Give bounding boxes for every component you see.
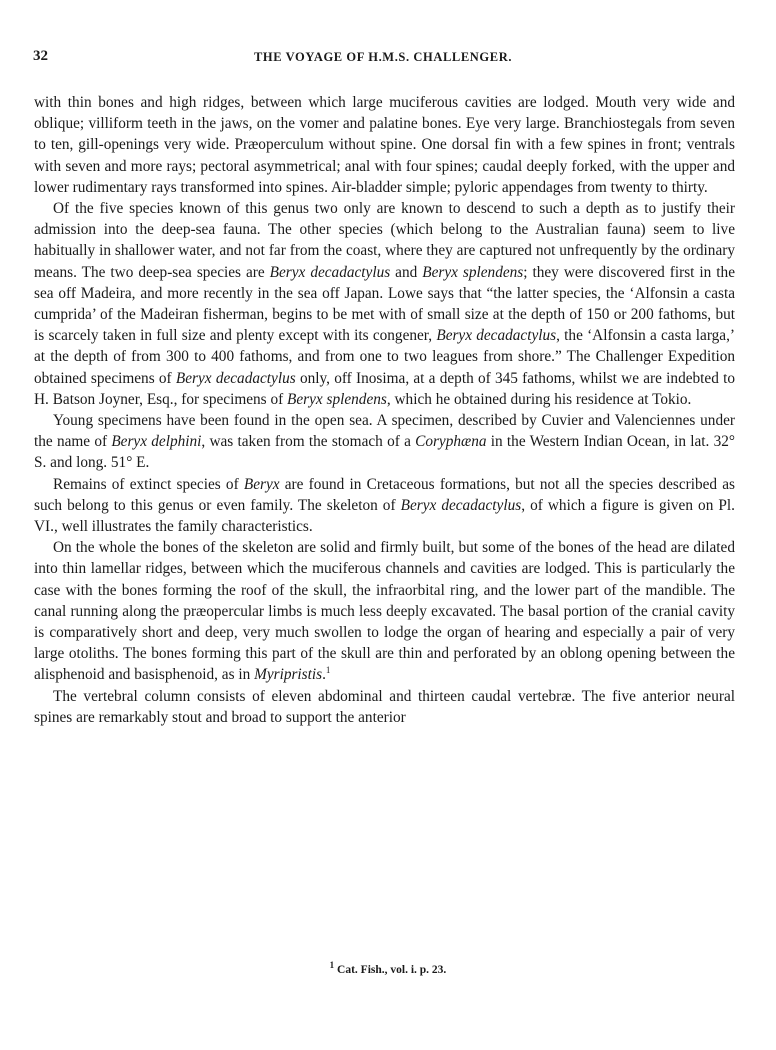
footnote-ref: 1 xyxy=(326,665,331,675)
italic-term: Beryx xyxy=(244,476,280,493)
paragraph: The vertebral column consists of eleven … xyxy=(34,686,735,728)
running-title: THE VOYAGE OF H.M.S. CHALLENGER. xyxy=(33,50,733,65)
paragraph: Of the five species known of this genus … xyxy=(34,198,735,410)
italic-term: Myripristis xyxy=(254,666,322,683)
text-run: Remains of extinct species of xyxy=(53,476,244,493)
text-run: , was taken from the stomach of a xyxy=(201,433,415,450)
italic-term: Beryx splendens xyxy=(287,391,387,408)
text-run: The vertebral column consists of eleven … xyxy=(34,688,735,726)
italic-term: Beryx decadactylus xyxy=(176,370,296,387)
italic-term: Beryx decadactylus xyxy=(436,327,556,344)
page-header: 32 THE VOYAGE OF H.M.S. CHALLENGER. xyxy=(33,48,733,70)
italic-term: Coryphæna xyxy=(415,433,486,450)
paragraph: Remains of extinct species of Beryx are … xyxy=(34,474,735,538)
text-run: with thin bones and high ridges, between… xyxy=(34,94,735,196)
paragraph: Young specimens have been found in the o… xyxy=(34,410,735,474)
footnote: 1 Cat. Fish., vol. i. p. 23. xyxy=(0,964,776,976)
text-run: On the whole the bones of the skeleton a… xyxy=(34,539,735,683)
paragraph: On the whole the bones of the skeleton a… xyxy=(34,537,735,685)
italic-term: Beryx splendens xyxy=(422,264,523,281)
italic-term: Beryx delphini xyxy=(111,433,201,450)
paragraph: with thin bones and high ridges, between… xyxy=(34,92,735,198)
footnote-marker: 1 xyxy=(330,960,335,970)
text-run: and xyxy=(390,264,422,281)
italic-term: Beryx decadactylus xyxy=(270,264,391,281)
text-run: , which he obtained during his residence… xyxy=(387,391,692,408)
body-text: with thin bones and high ridges, between… xyxy=(34,92,735,728)
footnote-text: Cat. Fish., vol. i. p. 23. xyxy=(337,964,446,976)
italic-term: Beryx decadactylus xyxy=(401,497,522,514)
